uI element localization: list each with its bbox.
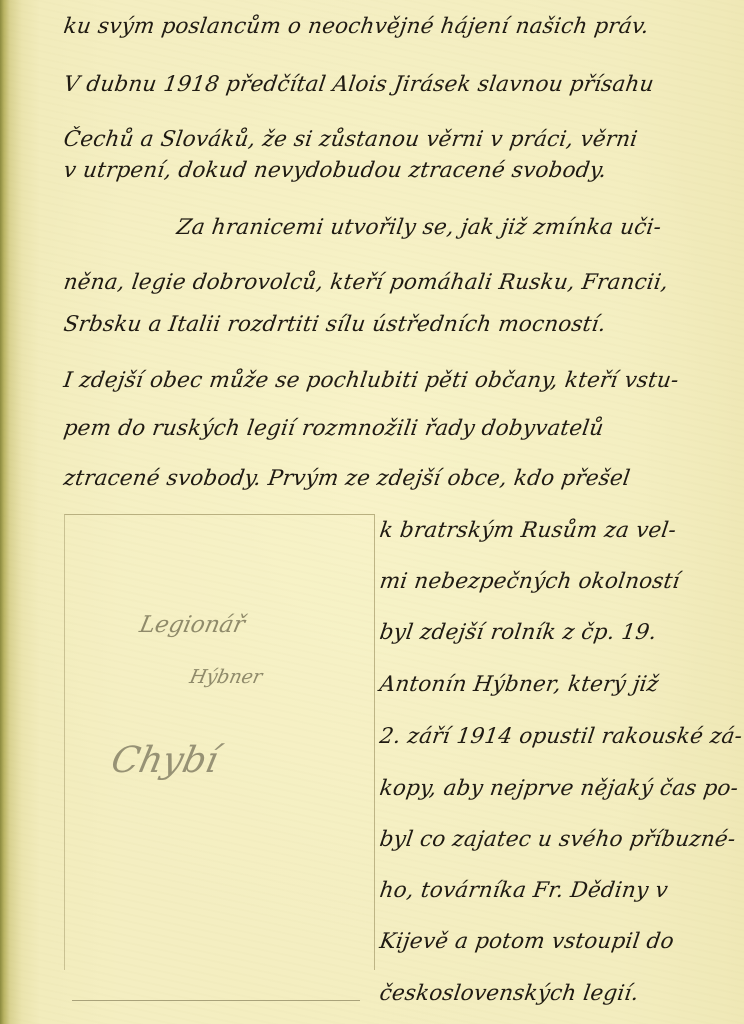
pencil-note-legionar: Legionář [137, 612, 247, 638]
text-line: k bratrským Rusům za vel- [378, 518, 678, 543]
text-line: kopy, aby nejprve nějaký čas po- [378, 776, 740, 801]
text-line: ho, továrníka Fr. Dědiny v [378, 878, 669, 903]
text-line: ku svým poslancům o neochvějné hájení na… [62, 14, 650, 39]
text-line: pem do ruských legií rozmnožili řady dob… [62, 416, 605, 441]
text-line: něna, legie dobrovolců, kteří pomáhali R… [62, 270, 670, 295]
text-line: V dubnu 1918 předčítal Alois Jirásek sla… [62, 72, 655, 97]
text-line: byl zdejší rolník z čp. 19. [378, 620, 658, 645]
text-line: ztracené svobody. Prvým ze zdejší obce, … [62, 466, 632, 491]
text-line: Kijevě a potom vstoupil do [378, 929, 676, 954]
text-line: Srbsku a Italii rozdrtiti sílu ústředníc… [62, 312, 607, 337]
paragraph-start-line: Za hranicemi utvořily se, jak již zmínka… [175, 215, 663, 240]
photo-placeholder-baseline [72, 1000, 360, 1001]
pencil-note-chybi: Chybí [108, 740, 222, 781]
text-line: 2. září 1914 opustil rakouské zá- [378, 724, 744, 749]
text-line: I zdejší obec může se pochlubiti pěti ob… [62, 368, 680, 393]
text-line: československých legií. [378, 981, 640, 1006]
manuscript-page: ku svým poslancům o neochvějné hájení na… [0, 0, 744, 1024]
text-line: v utrpení, dokud nevydobudou ztracené sv… [62, 158, 608, 183]
pencil-note-hybner: Hýbner [188, 666, 265, 688]
text-line: mi nebezpečných okolností [378, 569, 681, 594]
text-line: Antonín Hýbner, který již [378, 672, 660, 697]
text-line: Čechů a Slováků, že si zůstanou věrni v … [62, 127, 639, 152]
text-line: byl co zajatec u svého příbuzné- [378, 827, 737, 852]
